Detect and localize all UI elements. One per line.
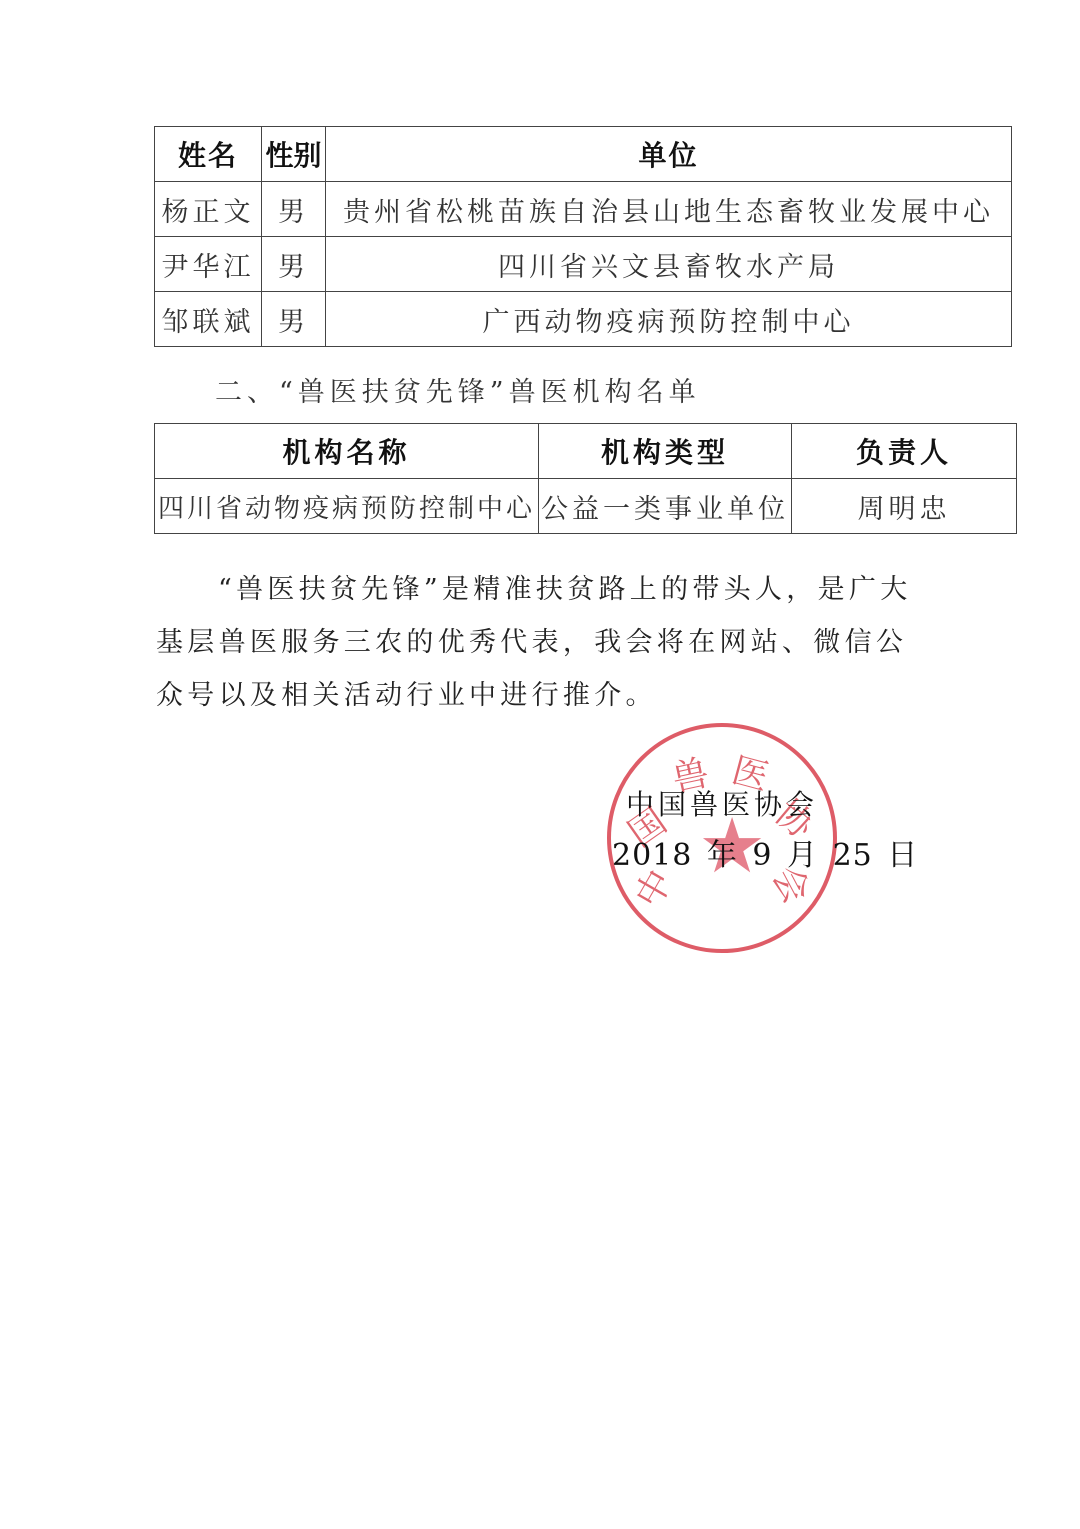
awardees-table: 姓名 性别 单位 杨正文 男 贵州省松桃苗族自治县山地生态畜牧业发展中心 尹华江… (154, 126, 1012, 347)
header-name: 姓名 (155, 127, 262, 182)
table-row: 杨正文 男 贵州省松桃苗族自治县山地生态畜牧业发展中心 (155, 182, 1012, 237)
header-institution-name: 机构名称 (155, 424, 539, 479)
table-header-row: 机构名称 机构类型 负责人 (155, 424, 1017, 479)
cell-unit: 贵州省松桃苗族自治县山地生态畜牧业发展中心 (326, 182, 1012, 237)
table-row: 四川省动物疫病预防控制中心 公益一类事业单位 周明忠 (155, 479, 1017, 534)
body-paragraph: “兽医扶贫先锋”是精准扶贫路上的带头人，是广大基层兽医服务三农的优秀代表，我会将… (156, 563, 916, 722)
table-row: 尹华江 男 四川省兴文县畜牧水产局 (155, 237, 1012, 292)
cell-name: 邹联斌 (155, 292, 262, 347)
cell-person-in-charge: 周明忠 (792, 479, 1017, 534)
section-heading: 二、“兽医扶贫先锋”兽医机构名单 (215, 370, 701, 409)
cell-gender: 男 (262, 182, 326, 237)
cell-name: 尹华江 (155, 237, 262, 292)
header-gender: 性别 (262, 127, 326, 182)
cell-institution-name: 四川省动物疫病预防控制中心 (155, 479, 539, 534)
header-unit: 单位 (326, 127, 1012, 182)
cell-institution-type: 公益一类事业单位 (539, 479, 792, 534)
cell-unit: 四川省兴文县畜牧水产局 (326, 237, 1012, 292)
header-person-in-charge: 负责人 (792, 424, 1017, 479)
cell-unit: 广西动物疫病预防控制中心 (326, 292, 1012, 347)
header-institution-type: 机构类型 (539, 424, 792, 479)
signature-date: 2018 年 9 月 25 日 (612, 830, 918, 874)
table-header-row: 姓名 性别 单位 (155, 127, 1012, 182)
cell-gender: 男 (262, 292, 326, 347)
cell-name: 杨正文 (155, 182, 262, 237)
cell-gender: 男 (262, 237, 326, 292)
table-row: 邹联斌 男 广西动物疫病预防控制中心 (155, 292, 1012, 347)
signature-organization: 中国兽医协会 (626, 783, 818, 823)
institutions-table: 机构名称 机构类型 负责人 四川省动物疫病预防控制中心 公益一类事业单位 周明忠 (154, 423, 1017, 534)
